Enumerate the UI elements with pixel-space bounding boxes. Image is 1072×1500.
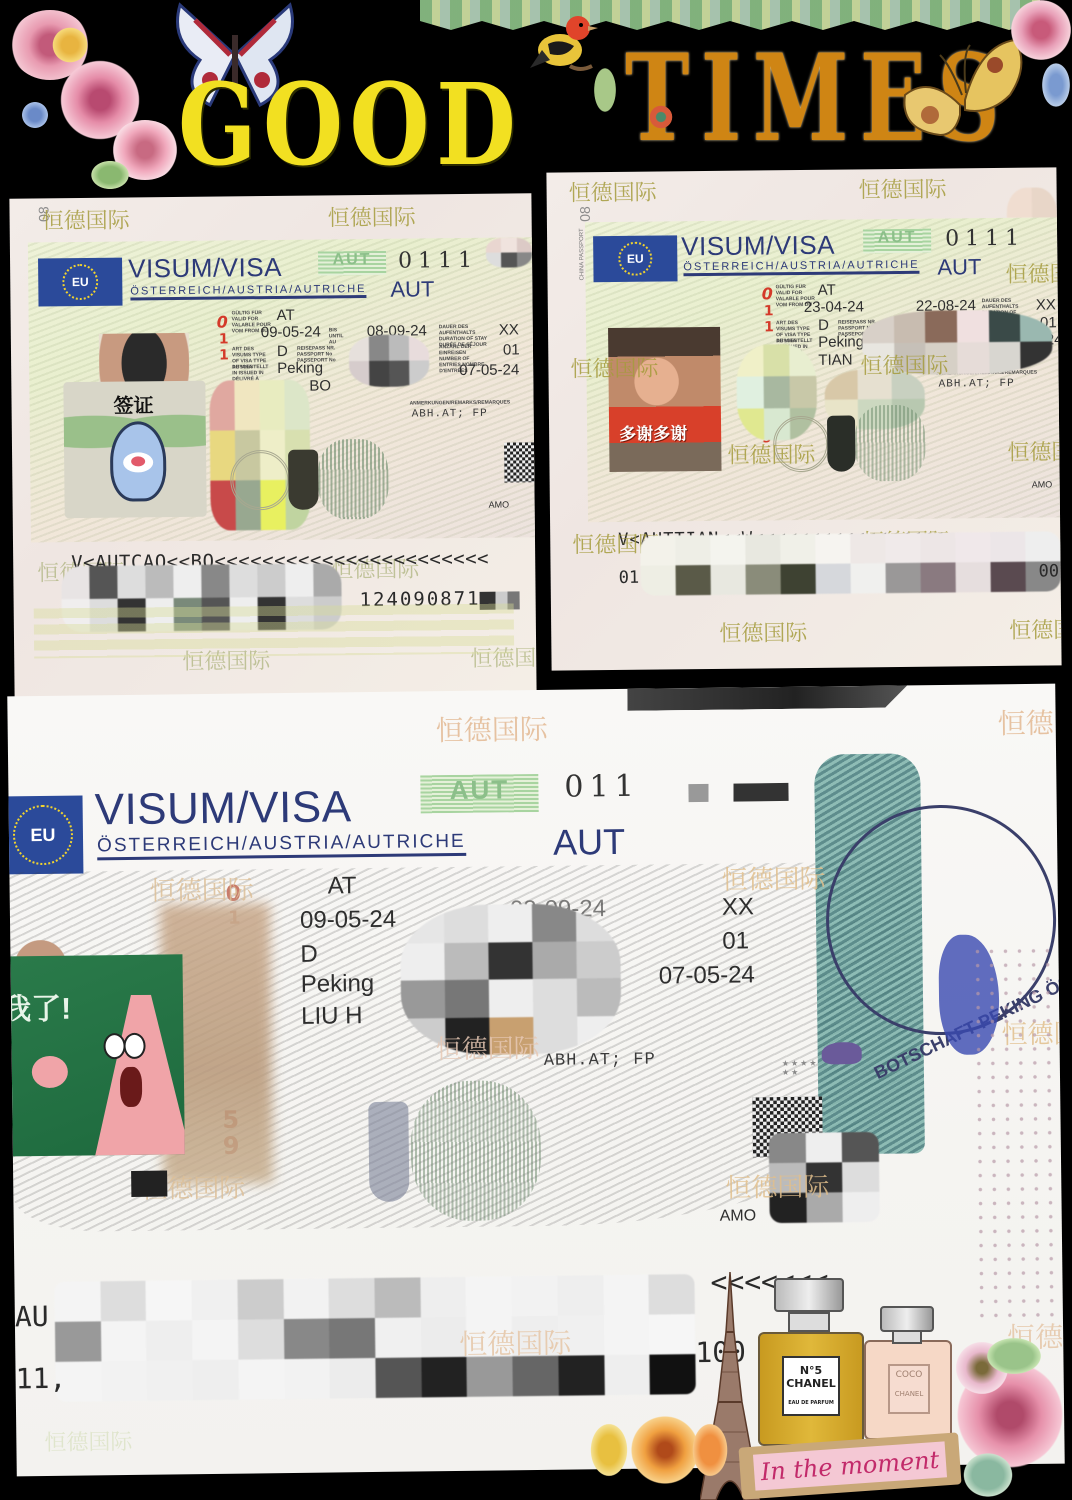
eu-flag-icon: EU (38, 258, 122, 307)
remarks-value: ABH.AT; FP (939, 378, 1015, 391)
serial-red-digit: 0 (217, 314, 228, 330)
mrz-line-2-start: 11, (15, 1362, 66, 1396)
cartoon-sticker: 签证 (63, 381, 206, 518)
duration-value: XX (1036, 296, 1056, 313)
orange-flower-icon (690, 1420, 730, 1480)
watermark: 恒德国际 (719, 616, 807, 648)
coat-of-arms-icon (368, 1102, 409, 1202)
watermark: 恒德国际 (858, 172, 946, 204)
leaf-icon (90, 160, 130, 190)
passport-page-number: 08 (577, 206, 593, 222)
perfume-cap (880, 1306, 934, 1332)
duration-value: XX (722, 893, 754, 921)
meme-photo-sticker: 多谢多谢 (608, 327, 722, 472)
entries-value: 01 (722, 927, 749, 955)
title-good: GOOD (178, 60, 522, 191)
mrz-line-2-end: 00 (1039, 561, 1060, 581)
name-value: LIU H (301, 1002, 363, 1031)
coat-of-arms-icon (288, 450, 319, 510)
eu-flag-icon: EU (593, 235, 677, 282)
sticker-caption: 我了! (10, 984, 71, 1029)
visa-type-value: D (277, 343, 288, 360)
issued-in-value: Peking (818, 333, 864, 350)
serial-red-digit: 1 (219, 332, 229, 346)
coat-of-arms-icon (827, 415, 856, 471)
passport-page-number: 08 (35, 206, 51, 222)
sticker-caption: 签证 (113, 389, 153, 418)
leaf-icon (984, 1336, 1044, 1376)
watermark: 恒德国际 (44, 1425, 132, 1457)
country-code: AUT (937, 254, 981, 280)
security-pattern (318, 439, 389, 520)
issued-in-value: Peking (301, 970, 375, 999)
watermark: 恒德国际 (435, 708, 547, 749)
redacted-area (349, 334, 430, 387)
aut-hologram: AUT (863, 229, 931, 254)
aut-hologram: AUT (420, 774, 538, 813)
amo-label: AMO (489, 500, 510, 510)
issue-date-value: 07-05-24 (659, 961, 755, 990)
amo-label: AMO (1032, 479, 1053, 489)
country-code: AUT (553, 821, 626, 864)
shark-cartoon-icon (110, 421, 167, 502)
aut-hologram: AUT (318, 251, 386, 276)
blue-flower-icon (20, 100, 50, 130)
watermark: 恒德国际 (327, 200, 415, 232)
patrick-meme-sticker: 我了! (10, 954, 184, 1156)
redacted-area (640, 531, 1061, 595)
stars-rhino-icon: ★★★★ ★★ (782, 1042, 882, 1073)
perfume-neck (892, 1330, 922, 1344)
eye-icon (103, 1033, 125, 1059)
visa-type-value: D (818, 317, 829, 334)
valid-from-value: 23-04-24 (804, 298, 864, 316)
security-pattern (855, 405, 926, 482)
watermark: 恒德国际 (568, 176, 656, 208)
valid-from-value: 09-05-24 (300, 906, 396, 935)
eye-icon (123, 1033, 145, 1059)
visa-country: ÖSTERREICH/AUSTRIA/AUTRICHE (130, 283, 366, 300)
visa-title: VISUM/VISA (681, 230, 835, 263)
serial-red-digit: 1 (764, 304, 774, 318)
redacted-area (769, 1132, 880, 1223)
arm-icon (32, 1056, 68, 1088)
issue-date-value: 07-05-24 (459, 361, 519, 379)
watermark: 恒德国际 (1009, 613, 1062, 645)
valid-for-value: AT (327, 872, 356, 900)
blue-flower-icon (1040, 60, 1072, 110)
visa-type-value: D (300, 941, 318, 969)
lace-border (420, 0, 1040, 30)
mrz-line-1-start: AU (15, 1300, 49, 1333)
mrz-line-2-start: 01 (619, 568, 640, 588)
sticker-caption: 多谢多谢 (619, 419, 687, 445)
perfume-label-coco: COCO CHANEL (888, 1364, 930, 1414)
bird-icon (530, 8, 600, 78)
qr-code (504, 442, 534, 482)
security-seal-icon (773, 416, 830, 473)
redacted-block (131, 1171, 167, 1197)
visa-photo-1: 08 恒德国际 恒德国际 EU VISUM/VISA ÖSTERREICH/AU… (9, 193, 536, 698)
yellow-flower-icon (50, 25, 90, 65)
name-value: TIAN (818, 351, 852, 368)
serial-red-digit: 0 (762, 286, 773, 302)
visa-number: 0111 (945, 226, 1025, 252)
duration-value: XX (499, 321, 519, 338)
mouth-icon (120, 1067, 142, 1107)
visa-country: ÖSTERREICH/AUSTRIA/AUTRICHE (97, 831, 466, 861)
child-face (628, 351, 685, 412)
watermark: 恒德国际 (997, 701, 1064, 742)
issued-in-value: Peking (277, 359, 323, 376)
serial-red-digit: 1 (219, 348, 229, 362)
serial-red-digit: 1 (764, 320, 774, 334)
perfume-neck (788, 1312, 830, 1332)
country-code: AUT (390, 276, 434, 302)
entries-value: 01 (503, 341, 520, 358)
amo-label: AMO (720, 1207, 757, 1225)
watermark: 恒德国际 (41, 203, 129, 235)
butterfly-icon (900, 35, 1030, 150)
remarks-value: ABH.AT; FP (544, 1051, 656, 1071)
yellow-flower-icon (588, 1420, 630, 1480)
valid-for-value: AT (277, 307, 295, 324)
perfume-cap (774, 1278, 844, 1312)
visa-country: ÖSTERREICH/AUSTRIA/AUTRICHE (683, 259, 919, 276)
redacted-area (862, 309, 1053, 375)
redacted-area (486, 237, 532, 267)
redacted-block (688, 783, 788, 802)
valid-for-value: AT (818, 282, 836, 299)
visa-title: VISUM/VISA (94, 782, 351, 835)
redacted-area (54, 1274, 695, 1402)
visa-number: 0111 (398, 248, 478, 274)
valid-from-value: 09-05-24 (261, 323, 321, 341)
tag-label: In the moment (753, 1441, 947, 1490)
eu-flag-icon: EU (7, 796, 83, 875)
serial-red-digit: 0 (226, 884, 242, 906)
leaf-icon (590, 60, 620, 120)
visa-number: 011 (564, 769, 640, 805)
dot-pattern (970, 944, 1063, 1325)
security-pattern (410, 1080, 542, 1222)
rose-flower-icon (1010, 0, 1072, 60)
eu-text-strip (34, 603, 514, 658)
visa-photo-2: 恒德国际 恒德国际 08 CHINA PASSPORT EU VISUM/VIS… (546, 167, 1061, 670)
dark-page-edge (627, 685, 907, 710)
remarks-value: ABH.AT; FP (412, 408, 488, 421)
redacted-area (400, 903, 622, 1056)
name-value: BO (309, 377, 331, 394)
perfume-label-no5: N°5 CHANEL EAU DE PARFUM (782, 1356, 840, 1416)
leaf-icon (960, 1450, 1016, 1500)
security-seal-icon (230, 450, 291, 511)
visa-title: VISUM/VISA (128, 252, 282, 285)
red-flower-icon (648, 104, 674, 130)
